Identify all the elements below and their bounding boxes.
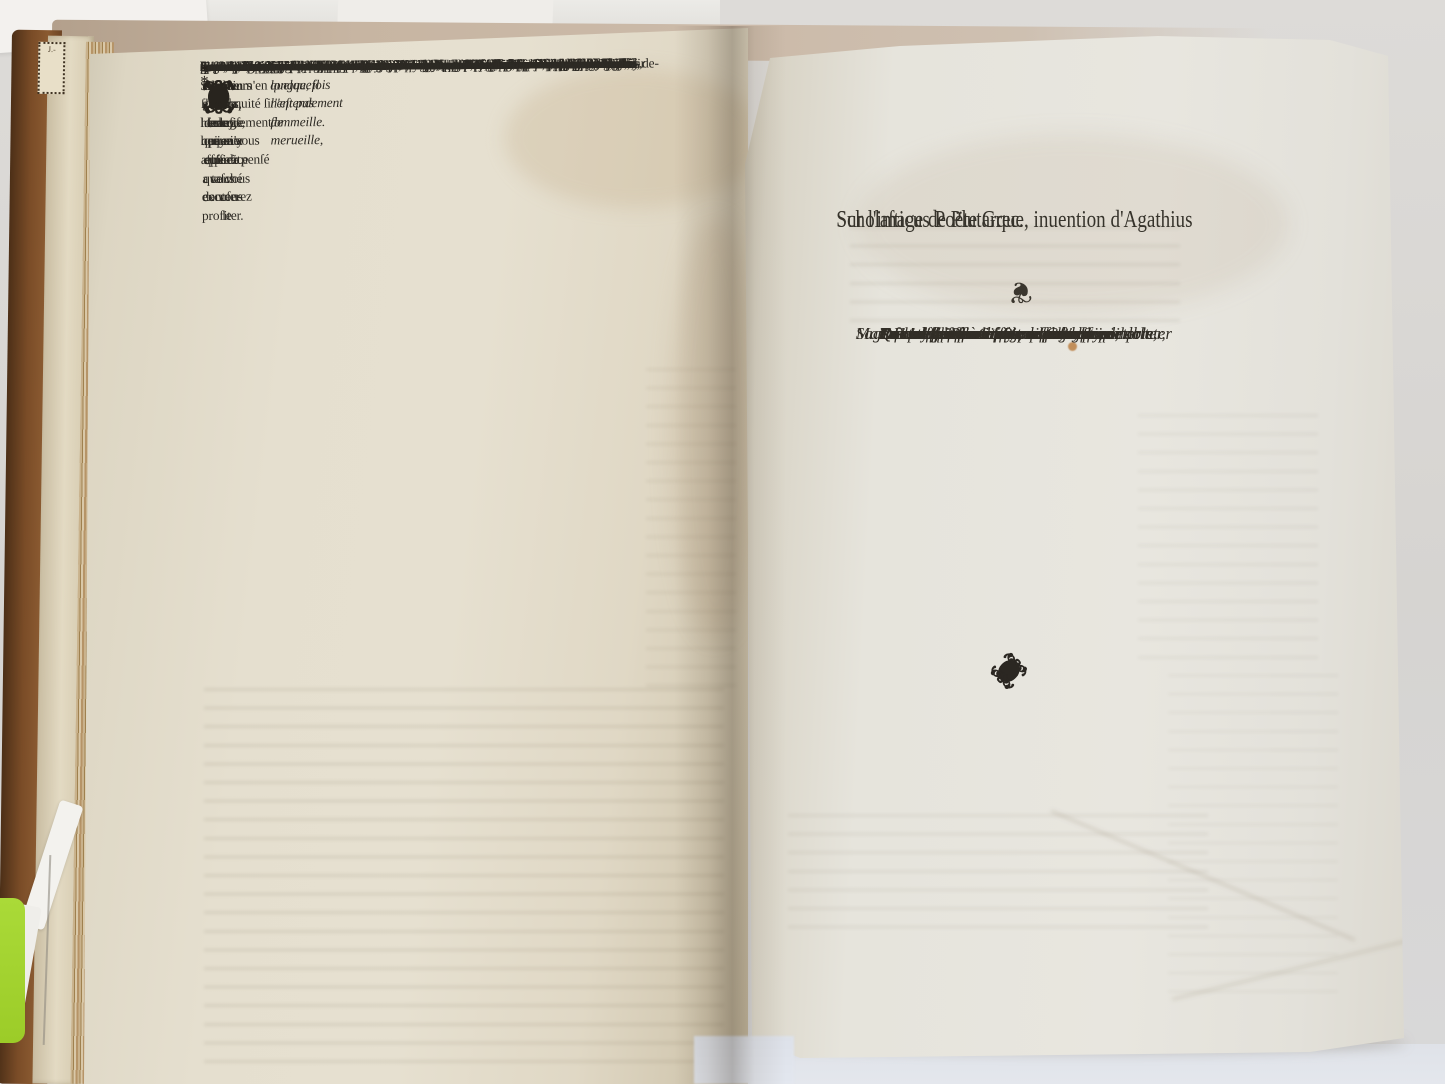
fleuron-icon: ❦ [980,642,1038,700]
green-sticker [0,898,25,1043]
left-page: a compoſez: là où entre les couples des … [84,28,748,1084]
show-through-text [788,814,1208,934]
table-gap-between-pages [694,1036,794,1084]
show-through-text [1138,414,1318,674]
show-through-text [1168,674,1338,1004]
right-page: Sur l'image de Plutarque, inuention d'Ag… [738,34,1404,1062]
left-page-text-block: a compoſez: là où entre les couples des … [200,54,714,58]
show-through-text [204,688,724,1078]
fleuron-icon: ❦ [200,72,237,122]
fleuron-icon: ❦ [1008,274,1033,309]
diamond-fleuron-ornament-icon: ❦ ❦ ❦ ❦ [946,642,1082,778]
spine-label: J.- [38,42,66,94]
photo-open-antique-book: J.- a compoſez: là où entre les couples … [0,0,1445,1084]
paper-stain [504,68,764,208]
